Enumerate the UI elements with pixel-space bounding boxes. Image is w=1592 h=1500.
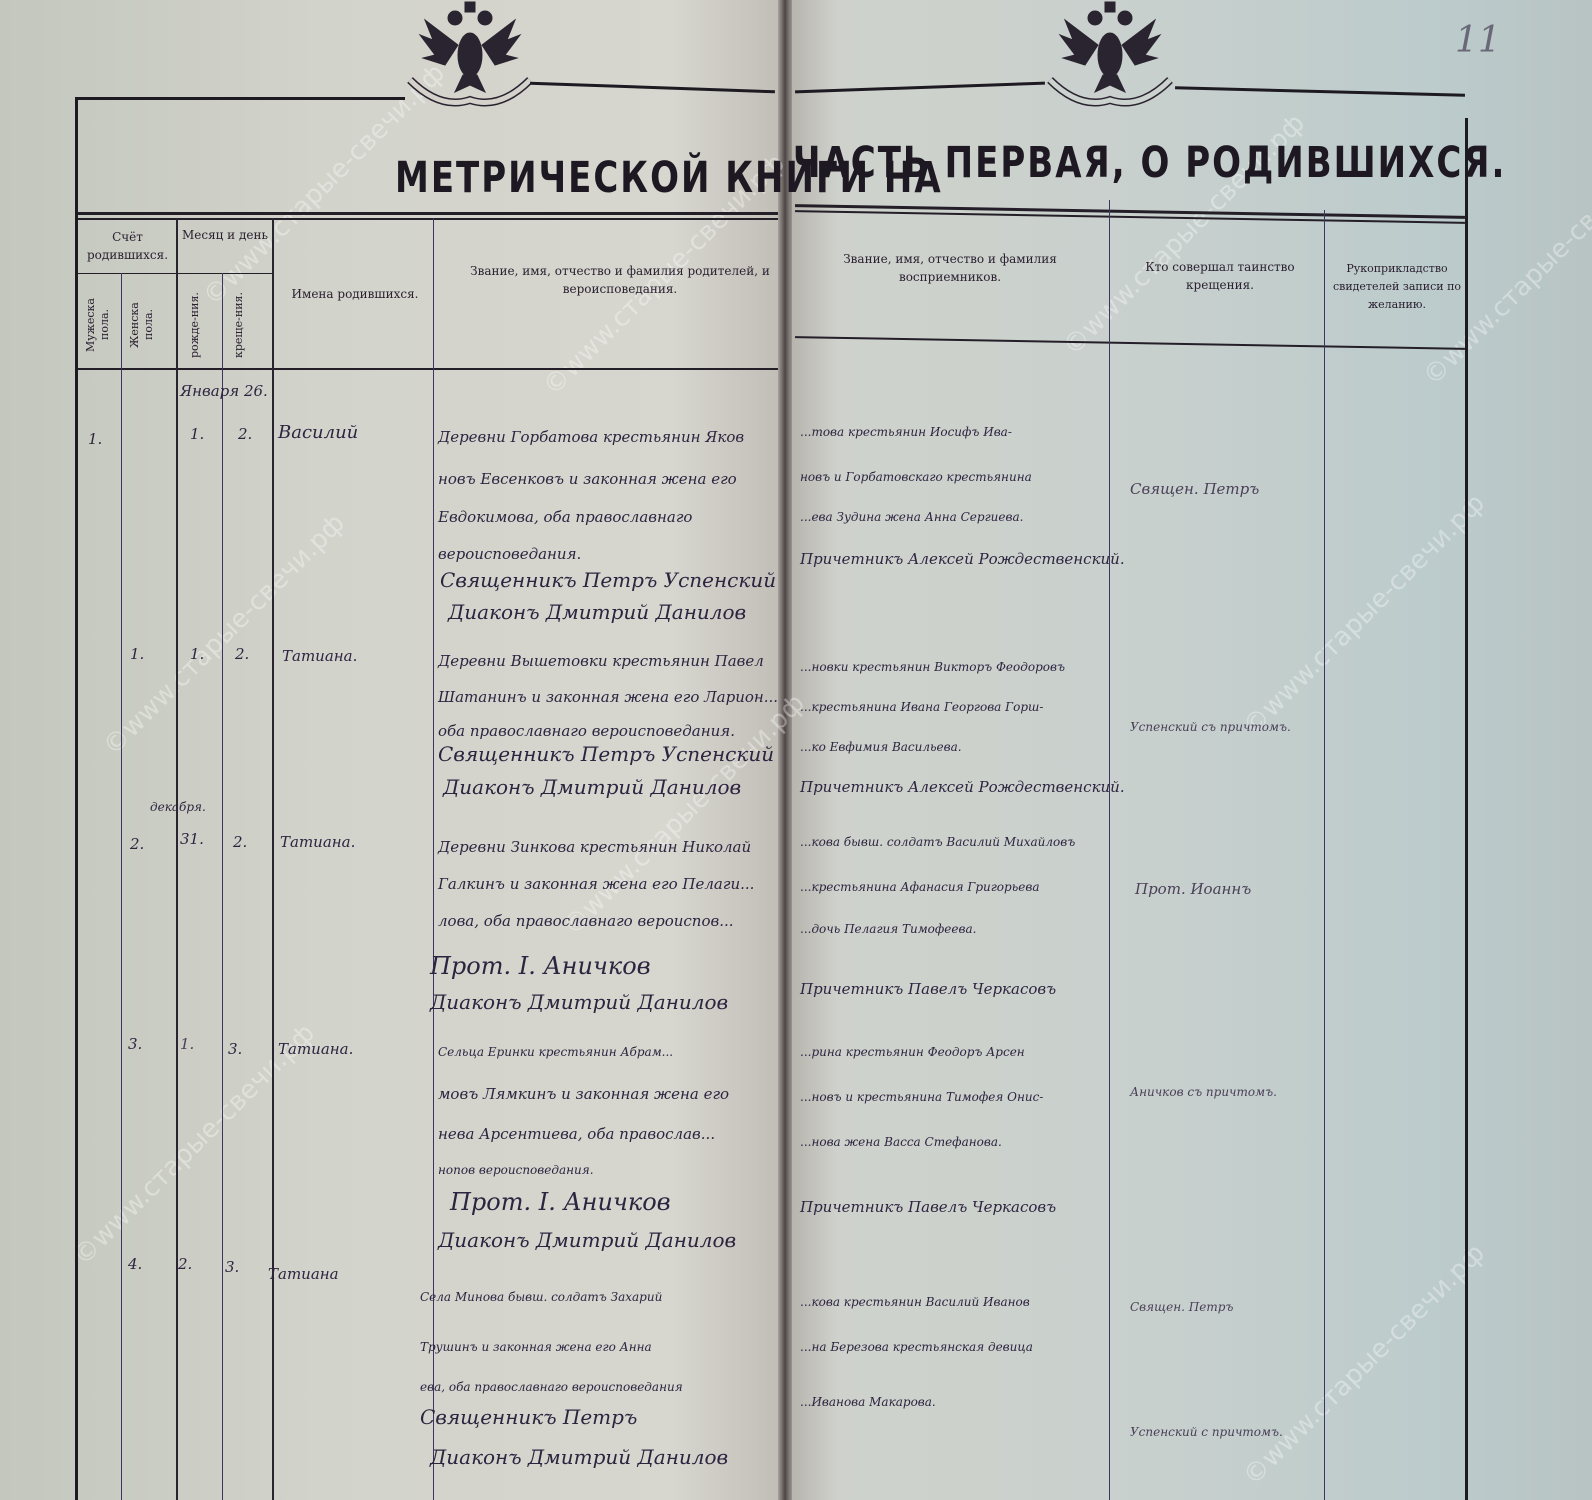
- col-divider: [1109, 200, 1110, 1500]
- header-count-male: Мужеска пола.: [84, 285, 112, 365]
- header-parents: Звание, имя, отчество и фамилия родителе…: [455, 262, 785, 298]
- book-gutter: [778, 0, 792, 1500]
- parents-line: мовъ Лямкинъ и законная жена его: [438, 1085, 729, 1103]
- child-name: Татиана: [268, 1265, 339, 1283]
- parents-line: Евдокимова, оба православнаго: [438, 508, 692, 526]
- godparents-line: ...ева Зудина жена Анна Сергиева.: [800, 510, 1023, 524]
- signature: Диаконъ Дмитрий Данилов: [443, 775, 741, 799]
- birth-day: 1.: [190, 425, 204, 443]
- godparent-signature: Причетникъ Павелъ Черкасовъ: [800, 1198, 1056, 1216]
- imperial-eagle-icon: [405, 0, 535, 110]
- frame-right: [1465, 118, 1468, 1500]
- header-count: Счёт родившихся.: [80, 228, 175, 264]
- title-right: ЧАСТЬ ПЕРВАЯ, О РОДИВШИХСЯ.: [793, 138, 1506, 188]
- child-name: Татиана.: [278, 1040, 353, 1058]
- child-name: Татиана.: [282, 647, 357, 665]
- signature: Священникъ Петръ Успенский: [440, 568, 776, 592]
- godparents-line: ...кова бывш. солдатъ Василий Михайловъ: [800, 835, 1075, 849]
- parents-line: Трушинъ и законная жена его Анна: [420, 1340, 652, 1354]
- header-count-female: Женска пола.: [128, 285, 156, 365]
- header-priest: Кто совершал таинство крещения.: [1120, 258, 1320, 294]
- imperial-eagle-icon: [1045, 0, 1175, 110]
- parents-line: нопов вероисповедания.: [438, 1163, 594, 1177]
- godparents-line: ...кова крестьянин Василий Иванов: [800, 1295, 1030, 1309]
- godparents-line: ...крестьянина Афанасия Григорьева: [800, 880, 1039, 894]
- birth-day: 31.: [180, 830, 204, 848]
- godparent-signature: Причетникъ Алексей Рождественский.: [800, 550, 1125, 568]
- parents-line: Деревни Горбатова крестьянин Яков: [438, 428, 744, 446]
- child-name: Василий: [278, 422, 358, 443]
- baptism-day: 2.: [238, 425, 252, 443]
- parents-line: вероисповедания.: [438, 545, 581, 563]
- signature: Диаконъ Дмитрий Данилов: [448, 600, 746, 624]
- signature: Прот. І. Аничков: [450, 1188, 671, 1216]
- parents-line: Села Минова бывш. солдатъ Захарий: [420, 1290, 662, 1304]
- male-number: 2.: [130, 835, 144, 853]
- female-number: 2.: [178, 1255, 192, 1273]
- priest-note: Успенский с причтомъ.: [1130, 1425, 1283, 1439]
- priest-name: Священ. Петръ: [1130, 1300, 1233, 1314]
- male-number: 4.: [128, 1255, 142, 1273]
- col-divider: [433, 218, 434, 1500]
- godparents-line: ...новъ и крестьянина Тимофея Онис-: [800, 1090, 1043, 1104]
- baptism-day: 2.: [235, 645, 249, 663]
- priest-name: Аничков съ причтомъ.: [1130, 1085, 1277, 1099]
- male-number: 3.: [128, 1035, 142, 1053]
- page-number: 11: [1455, 20, 1501, 61]
- godparents-line: ...Иванова Макарова.: [800, 1395, 936, 1409]
- godparents-line: ...ко Евфимия Васильева.: [800, 740, 962, 754]
- header-month-day: Месяц и день: [180, 226, 270, 244]
- parents-line: Шатанинъ и законная жена его Ларион...: [438, 688, 778, 706]
- godparents-line: новъ и Горбатовскаго крестьянина: [800, 470, 1032, 484]
- child-name: Татиана.: [280, 833, 355, 851]
- signature: Священникъ Петръ Успенский: [438, 742, 774, 766]
- parents-line: ева, оба православнаго вероисповедания: [420, 1380, 683, 1394]
- godparents-line: ...рина крестьянин Феодоръ Арсен: [800, 1045, 1025, 1059]
- godparent-signature: Причетникъ Павелъ Черкасовъ: [800, 980, 1056, 998]
- godparents-line: ...нова жена Васса Стефанова.: [800, 1135, 1002, 1149]
- header-born: рожде-ния.: [188, 285, 202, 365]
- parents-line: новъ Евсенковъ и законная жена его: [438, 470, 737, 488]
- signature: Прот. І. Аничков: [430, 952, 651, 980]
- signature: Диаконъ Дмитрий Данилов: [438, 1228, 736, 1252]
- title-rule-left: [78, 212, 778, 215]
- godparents-line: ...крестьянина Ивана Георгова Горш-: [800, 700, 1043, 714]
- parents-line: лова, оба православнаго вероиспов...: [438, 912, 734, 930]
- header-names: Имена родившихся.: [280, 285, 430, 303]
- parents-line: Сельца Еринки крестьянин Абрам...: [438, 1045, 673, 1059]
- male-number: 1.: [88, 430, 102, 448]
- godparent-signature: Причетникъ Алексей Рождественский.: [800, 778, 1125, 796]
- signature: Диаконъ Дмитрий Данилов: [430, 1445, 728, 1469]
- baptism-day: 3.: [228, 1040, 242, 1058]
- title-rule-left-2: [78, 218, 778, 220]
- signature: Диаконъ Дмитрий Данилов: [430, 990, 728, 1014]
- baptism-day: 3.: [225, 1258, 239, 1276]
- header-baptized: креще-ния.: [232, 285, 246, 365]
- month-label: Января 26.: [180, 382, 268, 400]
- parents-line: Деревни Вышетовки крестьянин Павел: [438, 652, 764, 670]
- godparents-line: ...новки крестьянин Викторъ Феодоровъ: [800, 660, 1065, 674]
- parents-line: оба православнаго вероисповедания.: [438, 722, 735, 740]
- header-rule-left: [78, 368, 778, 370]
- col-divider: [1324, 210, 1325, 1500]
- female-number: 1.: [180, 1035, 194, 1053]
- parents-line: Деревни Зинкова крестьянин Николай: [438, 838, 751, 856]
- col-divider: [272, 218, 274, 1500]
- frame-top-left: [75, 97, 405, 100]
- col-divider: [121, 273, 122, 1500]
- female-number: 1.: [130, 645, 144, 663]
- header-witnesses: Рукоприкладство свидетелей записи по жел…: [1328, 260, 1466, 314]
- frame-left: [75, 97, 78, 1500]
- priest-name: Успенский съ причтомъ.: [1130, 720, 1291, 734]
- month-label: декабря.: [150, 800, 206, 814]
- header-godparents: Звание, имя, отчество и фамилия восприем…: [800, 250, 1100, 286]
- parents-line: Галкинъ и законная жена его Пелаги...: [438, 875, 754, 893]
- godparents-line: ...това крестьянин Иосифъ Ива-: [800, 425, 1012, 439]
- signature: Священникъ Петръ: [420, 1405, 637, 1429]
- godparents-line: ...на Березова крестьянская девица: [800, 1340, 1033, 1354]
- col-divider: [222, 273, 223, 1500]
- godparents-line: ...дочь Пелагия Тимофеева.: [800, 922, 976, 936]
- parents-line: нева Арсентиева, оба православ...: [438, 1125, 715, 1143]
- priest-name: Священ. Петръ: [1130, 480, 1259, 498]
- col-divider: [176, 218, 178, 1500]
- baptism-day: 2.: [233, 833, 247, 851]
- priest-name: Прот. Иоаннъ: [1135, 880, 1251, 898]
- birth-day: 1.: [190, 645, 204, 663]
